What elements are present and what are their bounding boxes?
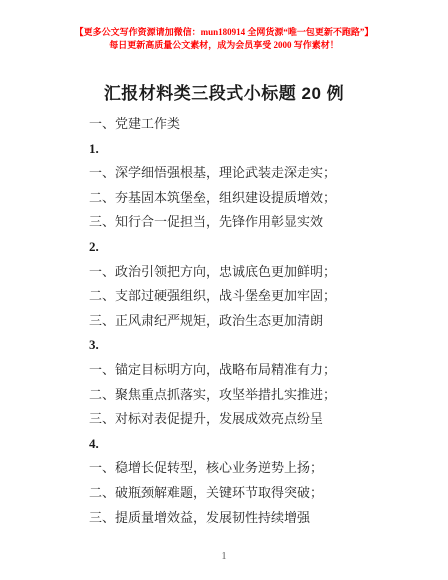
list-item: 一、稳增长促转型，核心业务逆势上扬； [63,456,398,481]
list-item: 二、聚焦重点抓落实，攻坚举措扎实推进； [63,383,398,408]
section-heading: 一、党建工作类 [63,112,398,137]
group-number-1: 1. [63,137,398,162]
list-item: 三、对标对表促提升，发展成效亮点纷呈 [63,407,398,432]
list-item: 一、深学细悟强根基，理论武装走深走实； [63,161,398,186]
group-number-4: 4. [63,432,398,457]
list-item: 二、夯基固本筑堡垒，组织建设提质增效； [63,186,398,211]
list-item: 一、锚定目标明方向，战略布局精准有力； [63,358,398,383]
promo-notice: 【更多公文写作资源请加微信：mun180914 全网货源“唯一包更新不跑路”】 … [0,26,448,52]
page-number: 1 [0,551,448,562]
list-item: 三、提质量增效益，发展韧性持续增强 [63,506,398,531]
document-page: 【更多公文写作资源请加微信：mun180914 全网货源“唯一包更新不跑路”】 … [0,0,448,580]
group-number-2: 2. [63,235,398,260]
document-body: 一、党建工作类 1. 一、深学细悟强根基，理论武装走深走实； 二、夯基固本筑堡垒… [63,112,398,530]
list-item: 三、知行合一促担当，先锋作用彰显实效 [63,210,398,235]
list-item: 一、政治引领把方向，忠诚底色更加鲜明； [63,260,398,285]
promo-notice-line-1: 【更多公文写作资源请加微信：mun180914 全网货源“唯一包更新不跑路”】 [0,26,448,39]
list-item: 三、正风肃纪严规矩，政治生态更加清朗 [63,309,398,334]
group-number-3: 3. [63,333,398,358]
promo-notice-line-2: 每日更新高质量公文素材，成为会员享受 2000 写作素材！ [0,39,448,52]
list-item: 二、支部过硬强组织，战斗堡垒更加牢固； [63,284,398,309]
document-title: 汇报材料类三段式小标题 20 例 [0,82,448,106]
list-item: 二、破瓶颈解难题，关键环节取得突破； [63,481,398,506]
